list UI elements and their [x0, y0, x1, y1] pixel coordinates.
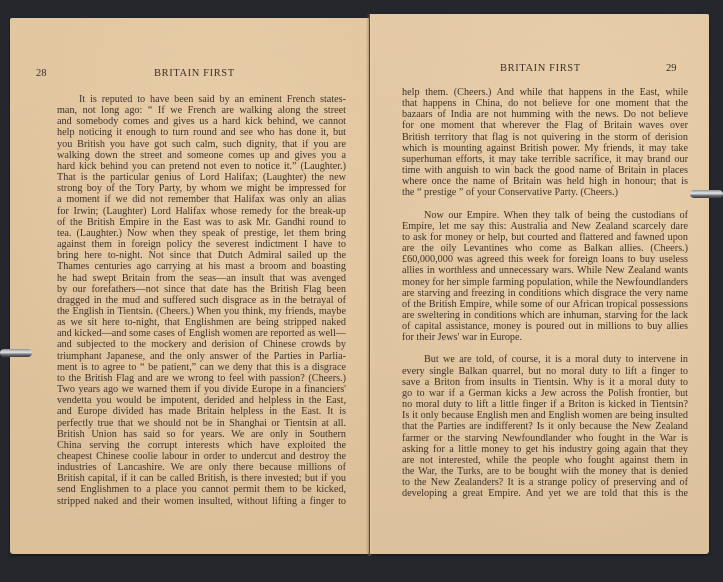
text-line: strong boy of the Tory Party, by whom we… — [57, 183, 346, 194]
text-line: by our forefathers—not since that date h… — [57, 284, 346, 295]
text-line: But we are told, of course, it is a mora… — [402, 354, 688, 365]
text-line: perfectly true that we should not be in … — [57, 418, 346, 429]
text-line: Empire, let me say this: Australia and N… — [402, 221, 688, 232]
text-line: the English in Tientsin. (Cheers.) When … — [57, 306, 346, 317]
text-line: superhuman efforts, it may take terrible… — [402, 154, 688, 165]
text-line: asking for a little money to get his ind… — [402, 444, 688, 455]
text-line: every single Balkan quarrel, but no mora… — [402, 366, 688, 377]
text-line: of the British Empire in the East was to… — [57, 217, 346, 228]
text-line: help them. (Cheers.) And while that happ… — [402, 87, 688, 98]
text-line: and Europe divided has made Britain help… — [57, 406, 346, 417]
text-line: the War, the Turks, are to be bought wit… — [402, 466, 688, 477]
text-line: Now our Empire. When they talk of being … — [402, 210, 688, 221]
text-line: It is reputed to have been said by an em… — [57, 94, 346, 105]
right-page-body: help them. (Cheers.) And while that happ… — [402, 87, 688, 499]
text-line: you British you have got such calm, such… — [57, 139, 346, 150]
text-line: are not interested, while the people who… — [402, 455, 688, 466]
text-line: of capital assistance, money is poured o… — [402, 321, 688, 332]
binder-clip-right-icon — [690, 190, 723, 198]
text-line: hard kick behind you can pretend not eve… — [57, 161, 346, 172]
text-line: send Englishmen to a place you cannot pe… — [57, 484, 346, 495]
text-line: to the British Flag and are we wrong to … — [57, 373, 346, 384]
text-line: a moment if we did not remember that Hal… — [57, 194, 346, 205]
text-line: to ask for money or help, but courted an… — [402, 232, 688, 243]
text-line: dragged in the mud and suffered such dis… — [57, 295, 346, 306]
right-running-head: BRITAIN FIRST — [500, 63, 581, 74]
text-line: British territory that flag is not quive… — [402, 132, 688, 143]
text-line: go to war if a German kicks a Jew across… — [402, 388, 688, 399]
text-line: are sweltering in conditions which are i… — [402, 310, 688, 321]
left-page-body: It is reputed to have been said by an em… — [57, 94, 346, 507]
text-line: £60,000,000 was agreed this week for for… — [402, 254, 688, 265]
text-line: cheapest Chinese coolie labour in order … — [57, 451, 346, 462]
text-line: as we sit here to-night, that Englishmen… — [57, 317, 346, 328]
text-line: farmer or the starving Newfoundlander wh… — [402, 433, 688, 444]
text-line: that happens in China, do not believe fo… — [402, 98, 688, 109]
text-line: for Irwin; (Laughter) Lord Halifax whose… — [57, 206, 346, 217]
text-line: against them in foreign policy the sever… — [57, 239, 346, 250]
right-page-number: 29 — [666, 63, 677, 74]
text-line: British capital, if it can be called Bri… — [57, 473, 346, 484]
paragraph: Now our Empire. When they talk of being … — [402, 210, 688, 344]
paragraph: But we are told, of course, it is a mora… — [402, 354, 688, 499]
text-line: the “ prestige ” of your Conservative Pa… — [402, 187, 688, 198]
text-line: developing a great Empire. And yet we ar… — [402, 488, 688, 499]
text-line: and kicked—and some cases of English wom… — [57, 328, 346, 339]
text-line: ment is to agree to “ be patient,” can w… — [57, 362, 346, 373]
text-line: for one moment that wherever the Flag of… — [402, 120, 688, 131]
text-line: he had swept Britain from the seas—an in… — [57, 273, 346, 284]
text-line: man, not long ago: “ If we French are wa… — [57, 105, 346, 116]
text-line: time with anguish to win back the good n… — [402, 165, 688, 176]
text-line: tea. (Laughter.) Now when they speak of … — [57, 228, 346, 239]
text-line: and subjected to the mockery and derisio… — [57, 339, 346, 350]
text-line: money for her simple farming population,… — [402, 277, 688, 288]
text-line: triumphant Japanese, and the only answer… — [57, 351, 346, 362]
text-line: stripped naked and their women insulted,… — [57, 496, 346, 507]
book-spine — [366, 14, 372, 556]
text-line: industries of Lancashire. We are only th… — [57, 462, 346, 473]
text-line: for their Jews' war in Europe. — [402, 332, 688, 343]
text-line: to the New Zealanders? It is a strange p… — [402, 477, 688, 488]
text-line: China serving the corrupt interests whic… — [57, 440, 346, 451]
text-line: and somebody comes and gives us a hard k… — [57, 116, 346, 127]
text-line: are the oily Levantines who come as Balk… — [402, 243, 688, 254]
text-line: walking down the street and someone come… — [57, 150, 346, 161]
text-line: bring here to-night. Not since that Dutc… — [57, 250, 346, 261]
text-line: help noticing it enough to turn round an… — [57, 127, 346, 138]
left-running-head: BRITAIN FIRST — [154, 68, 235, 79]
text-line: where once the name of Britain was held … — [402, 176, 688, 187]
text-line: British Union has said so for years. We … — [57, 429, 346, 440]
text-line: Two years ago we warned them if you divi… — [57, 384, 346, 395]
text-line: are starving and freezing in conditions … — [402, 288, 688, 299]
text-line: Is it only because English men and Engli… — [402, 410, 688, 421]
text-line: no moral duty to lift a little finger if… — [402, 399, 688, 410]
text-line: Thames centuries ago carrying at his mas… — [57, 261, 346, 272]
text-line: that the Parties are indifferent? Is it … — [402, 421, 688, 432]
left-page-number: 28 — [36, 68, 47, 79]
text-line: allies in worthless and unnecessary wars… — [402, 265, 688, 276]
paragraph: It is reputed to have been said by an em… — [57, 94, 346, 507]
text-line: bazaars of India are not humming with th… — [402, 109, 688, 120]
text-line: That is the particular genius of Lord Ha… — [57, 172, 346, 183]
paragraph: help them. (Cheers.) And while that happ… — [402, 87, 688, 199]
binder-clip-left-icon — [0, 349, 32, 357]
text-line: which is mounting against British power.… — [402, 143, 688, 154]
text-line: save a Briton from insults in Tientsin. … — [402, 377, 688, 388]
text-line: vendetta you would be impotent, derided … — [57, 395, 346, 406]
text-line: of the British Empire, while some of our… — [402, 299, 688, 310]
